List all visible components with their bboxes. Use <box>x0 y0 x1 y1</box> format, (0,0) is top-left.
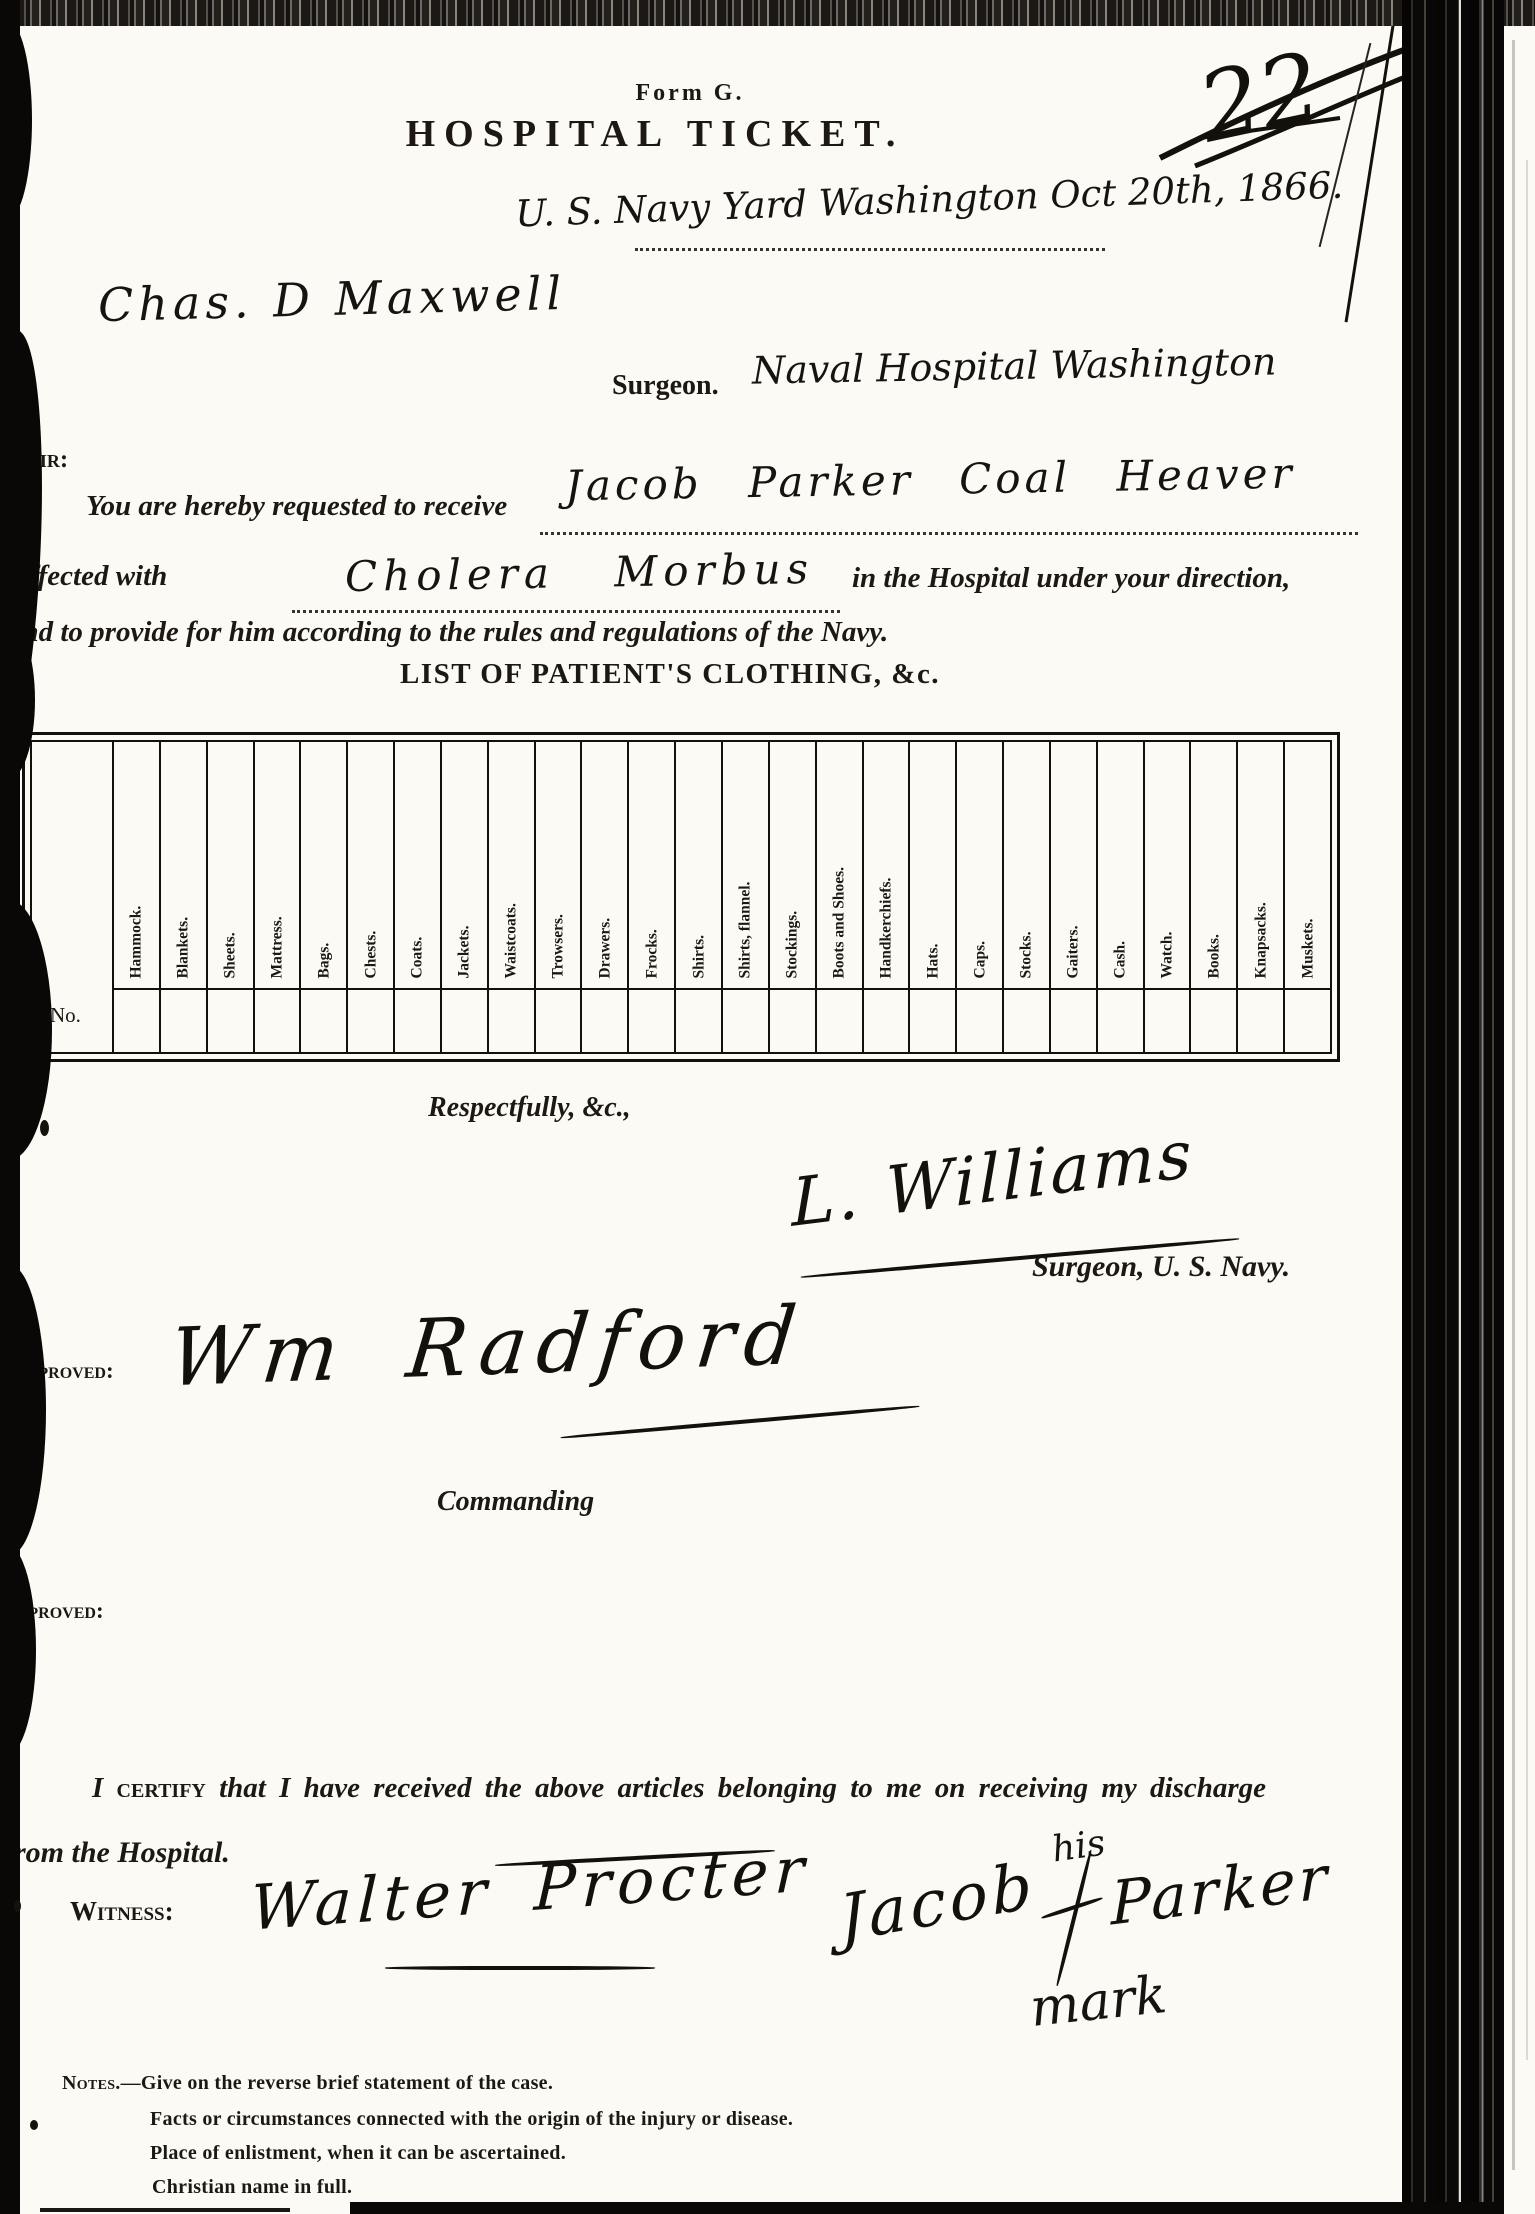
clothing-column: Trowsers. <box>536 742 583 1052</box>
clothing-column: Waistcoats. <box>489 742 536 1052</box>
clothing-column-header: Caps. <box>972 941 988 978</box>
hospital-ticket-document: Form G. HOSPITAL TICKET. U. S. Navy Yard… <box>0 0 1535 2214</box>
clothing-column-value-cell <box>442 990 487 1052</box>
clothing-list-heading: LIST OF PATIENT'S CLOTHING, &c. <box>340 658 1000 691</box>
clothing-column-header-cell: Watch. <box>1145 742 1190 990</box>
clothing-column-value-cell <box>582 990 627 1052</box>
clothing-column: Sheets. <box>208 742 255 1052</box>
clothing-column-value-cell <box>676 990 721 1052</box>
clothing-column-header: Blankets. <box>176 916 192 978</box>
clothing-column: Frocks. <box>629 742 676 1052</box>
commander-signature-tail <box>561 1404 920 1439</box>
handwritten-station: Naval Hospital Washington <box>752 339 1277 392</box>
certify-body: that I have received the above articles … <box>219 1772 1266 1804</box>
clothing-column: Bags. <box>301 742 348 1052</box>
witness-rule <box>385 1966 655 1970</box>
clothing-column-header: Watch. <box>1159 931 1175 978</box>
clothing-column: Mattress. <box>255 742 302 1052</box>
clothing-column-header-cell: Shirts, flannel. <box>723 742 768 990</box>
certify-line-1: I certify that I have received the above… <box>92 1772 1266 1805</box>
scan-artifact-left-blob-1 <box>0 20 32 220</box>
clothing-columns: Hammock. Blankets. Sheets. Mattress. <box>114 742 1330 1052</box>
clothing-column-header-cell: Coats. <box>395 742 440 990</box>
clothing-column-header: Knapsacks. <box>1253 902 1269 978</box>
surgeon-signature: L. Williams <box>791 1115 1195 1242</box>
clothing-column-header-cell: Boots and Shoes. <box>817 742 862 990</box>
clothing-column-header: Hammock. <box>129 905 145 978</box>
clothing-column-header: Mattress. <box>269 916 285 978</box>
patient-mark-word: mark <box>1027 1965 1169 2039</box>
clothing-column-header: Books. <box>1206 934 1222 978</box>
clothing-column-header: Waistcoats. <box>504 903 520 978</box>
direction-printed: in the Hospital under your direction, <box>852 562 1290 595</box>
clothing-column: Gaiters. <box>1051 742 1098 1052</box>
handwritten-addressee-name: Chas. D Maxwell <box>97 266 566 332</box>
clothing-column-value-cell <box>1285 990 1330 1052</box>
clothing-column-header: Bags. <box>316 942 332 978</box>
clothing-column-value-cell <box>255 990 300 1052</box>
clothing-column-header-cell: Blankets. <box>161 742 206 990</box>
clothing-column-header-cell: Mattress. <box>255 742 300 990</box>
notes-line-1-text: —Give on the reverse brief statement of … <box>121 2072 554 2094</box>
scan-artifact-left-blob-5 <box>0 1265 46 1555</box>
clothing-column: Drawers. <box>582 742 629 1052</box>
notes-label: Notes. <box>62 2072 121 2094</box>
clothing-column-header-cell: Caps. <box>957 742 1002 990</box>
scan-artifact-speck-1 <box>40 1120 49 1136</box>
scan-artifact-page-edge-line-1 <box>1512 40 1515 2170</box>
clothing-column-value-cell <box>770 990 815 1052</box>
notes-line-1: Notes.—Give on the reverse brief stateme… <box>62 2072 553 2095</box>
clothing-column: Shirts, flannel. <box>723 742 770 1052</box>
clothing-column-header-cell: Trowsers. <box>536 742 581 990</box>
clothing-column-header-cell: Handkerchiefs. <box>864 742 909 990</box>
surgeon-title: Surgeon, U. S. Navy. <box>1032 1250 1290 1284</box>
clothing-column-value-cell <box>1051 990 1096 1052</box>
clothing-column-header: Handkerchiefs. <box>878 877 894 978</box>
clothing-column-value-cell <box>395 990 440 1052</box>
clothing-column: Jackets. <box>442 742 489 1052</box>
clothing-column-header-cell: Cash. <box>1098 742 1143 990</box>
clothing-column-header-cell: Knapsacks. <box>1238 742 1283 990</box>
clothing-column-header: Jackets. <box>457 925 473 978</box>
witness-label: Witness: <box>70 1896 174 1927</box>
clothing-column-header-cell: Waistcoats. <box>489 742 534 990</box>
clothing-column: Cash. <box>1098 742 1145 1052</box>
clothing-column: Caps. <box>957 742 1004 1052</box>
clothing-column-value-cell <box>114 990 159 1052</box>
request-line-printed: You are hereby requested to receive <box>86 490 507 523</box>
clothing-column: Books. <box>1191 742 1238 1052</box>
clothing-table: No. Hammock. Blankets. Sheets. Mattress. <box>22 732 1340 1062</box>
clothing-column-value-cell <box>489 990 534 1052</box>
provide-line-printed: and to provide for him according to the … <box>8 616 888 649</box>
clothing-column-header: Hats. <box>925 943 941 978</box>
clothing-column: Coats. <box>395 742 442 1052</box>
clothing-column: Blankets. <box>161 742 208 1052</box>
handwritten-diagnosis: Cholera Morbus <box>345 544 815 601</box>
scan-artifact-speck-3 <box>30 2120 38 2130</box>
notes-line-3: Place of enlistment, when it can be asce… <box>150 2142 566 2165</box>
clothing-column: Hammock. <box>114 742 161 1052</box>
clothing-table-inner: No. Hammock. Blankets. Sheets. Mattress. <box>30 740 1332 1054</box>
clothing-column-value-cell <box>301 990 346 1052</box>
clothing-column-header: Drawers. <box>597 917 613 978</box>
clothing-column-value-cell <box>1004 990 1049 1052</box>
clothing-column-value-cell <box>161 990 206 1052</box>
clothing-column-header-cell: Shirts. <box>676 742 721 990</box>
clothing-column-value-cell <box>629 990 674 1052</box>
clothing-column-header: Gaiters. <box>1066 925 1082 978</box>
certify-line-2: from the Hospital. <box>4 1836 230 1870</box>
patient-mark-cross-vertical <box>1055 1850 1093 1987</box>
clothing-column: Shirts. <box>676 742 723 1052</box>
scan-artifact-right-band <box>1402 0 1504 2214</box>
clothing-column-header-cell: Chests. <box>348 742 393 990</box>
clothing-column-header-cell: Hats. <box>910 742 955 990</box>
clothing-column-header: Cash. <box>1113 941 1129 978</box>
clothing-column-header: Shirts. <box>691 935 707 979</box>
clothing-column-value-cell <box>1238 990 1283 1052</box>
scan-artifact-speck-2 <box>14 1900 21 1912</box>
clothing-column: Boots and Shoes. <box>817 742 864 1052</box>
clothing-column-header: Stocks. <box>1019 931 1035 978</box>
clothing-column-header-cell: Jackets. <box>442 742 487 990</box>
clothing-column-value-cell <box>957 990 1002 1052</box>
notes-line-4: Christian name in full. <box>152 2176 352 2199</box>
clothing-column: Hats. <box>910 742 957 1052</box>
clothing-column-header: Sheets. <box>223 932 239 978</box>
scan-artifact-bottom-line <box>40 2208 290 2212</box>
certify-keyword: certify <box>117 1772 206 1804</box>
scan-artifact-left-blob-6 <box>0 1545 36 1755</box>
form-number: Form G. <box>560 80 820 107</box>
clothing-column-header: Coats. <box>410 936 426 978</box>
clothing-column-header-cell: Sheets. <box>208 742 253 990</box>
patient-mark-his: his <box>1049 1822 1107 1870</box>
clothing-column: Stocks. <box>1004 742 1051 1052</box>
clothing-column: Muskets. <box>1285 742 1330 1052</box>
clothing-column-value-cell <box>208 990 253 1052</box>
page-title: HOSPITAL TICKET. <box>390 112 920 156</box>
clothing-column-value-cell <box>1191 990 1236 1052</box>
clothing-column: Stockings. <box>770 742 817 1052</box>
clothing-column-header: Trowsers. <box>551 914 567 978</box>
clothing-column-header: Boots and Shoes. <box>832 866 848 978</box>
clothing-column-header-cell: Frocks. <box>629 742 674 990</box>
clothing-column-value-cell <box>1098 990 1143 1052</box>
clothing-column-header-cell: Bags. <box>301 742 346 990</box>
date-fill-line <box>635 248 1105 251</box>
clothing-column: Handkerchiefs. <box>864 742 911 1052</box>
clothing-column-value-cell <box>348 990 393 1052</box>
scan-artifact-bottom-bar <box>350 2202 1502 2214</box>
patient-fill-line <box>540 532 1358 535</box>
clothing-column-header-cell: Muskets. <box>1285 742 1330 990</box>
clothing-column-value-cell <box>910 990 955 1052</box>
clothing-column-header: Chests. <box>363 930 379 978</box>
clothing-column-header: Shirts, flannel. <box>738 881 754 978</box>
witness-signature: Walter Procter <box>249 1832 811 1944</box>
patient-mark-first-name: Jacob <box>837 1849 1038 1958</box>
handwritten-date-line: U. S. Navy Yard Washington Oct 20th, 186… <box>515 164 1344 236</box>
clothing-column: Watch. <box>1145 742 1192 1052</box>
clothing-column: Knapsacks. <box>1238 742 1285 1052</box>
patient-mark-last-name: Parker <box>1110 1842 1330 1939</box>
scribble-number: 22 <box>1189 32 1331 165</box>
clothing-column-header-cell: Books. <box>1191 742 1236 990</box>
scan-artifact-top-noise <box>0 0 1535 26</box>
respectfully-line: Respectfully, &c., <box>428 1092 631 1124</box>
clothing-column-header-cell: Hammock. <box>114 742 159 990</box>
clothing-column-header-cell: Gaiters. <box>1051 742 1096 990</box>
clothing-column-value-cell <box>817 990 862 1052</box>
clothing-column-value-cell <box>1145 990 1190 1052</box>
clothing-column-header-cell: Stockings. <box>770 742 815 990</box>
commander-title: Commanding <box>437 1486 594 1518</box>
commander-signature: Wm Radford <box>165 1289 810 1405</box>
addressee-title-printed: Surgeon. <box>612 370 719 402</box>
scan-artifact-page-edge-line-2 <box>1526 160 1528 2060</box>
clothing-column-header: Frocks. <box>644 929 660 978</box>
handwritten-patient-name-rating: Jacob Parker Coal Heaver <box>565 449 1296 511</box>
clothing-column-header-cell: Drawers. <box>582 742 627 990</box>
clothing-column-value-cell <box>723 990 768 1052</box>
no-column-label: No. <box>50 1003 81 1028</box>
clothing-column-header-cell: Stocks. <box>1004 742 1049 990</box>
notes-line-2: Facts or circumstances connected with th… <box>150 2108 793 2131</box>
diagnosis-fill-line <box>292 610 840 613</box>
clothing-column-value-cell <box>536 990 581 1052</box>
certify-lead: I <box>92 1772 103 1804</box>
clothing-column-header: Stockings. <box>785 910 801 978</box>
clothing-column: Chests. <box>348 742 395 1052</box>
clothing-column-value-cell <box>864 990 909 1052</box>
clothing-column-header: Muskets. <box>1300 918 1316 978</box>
